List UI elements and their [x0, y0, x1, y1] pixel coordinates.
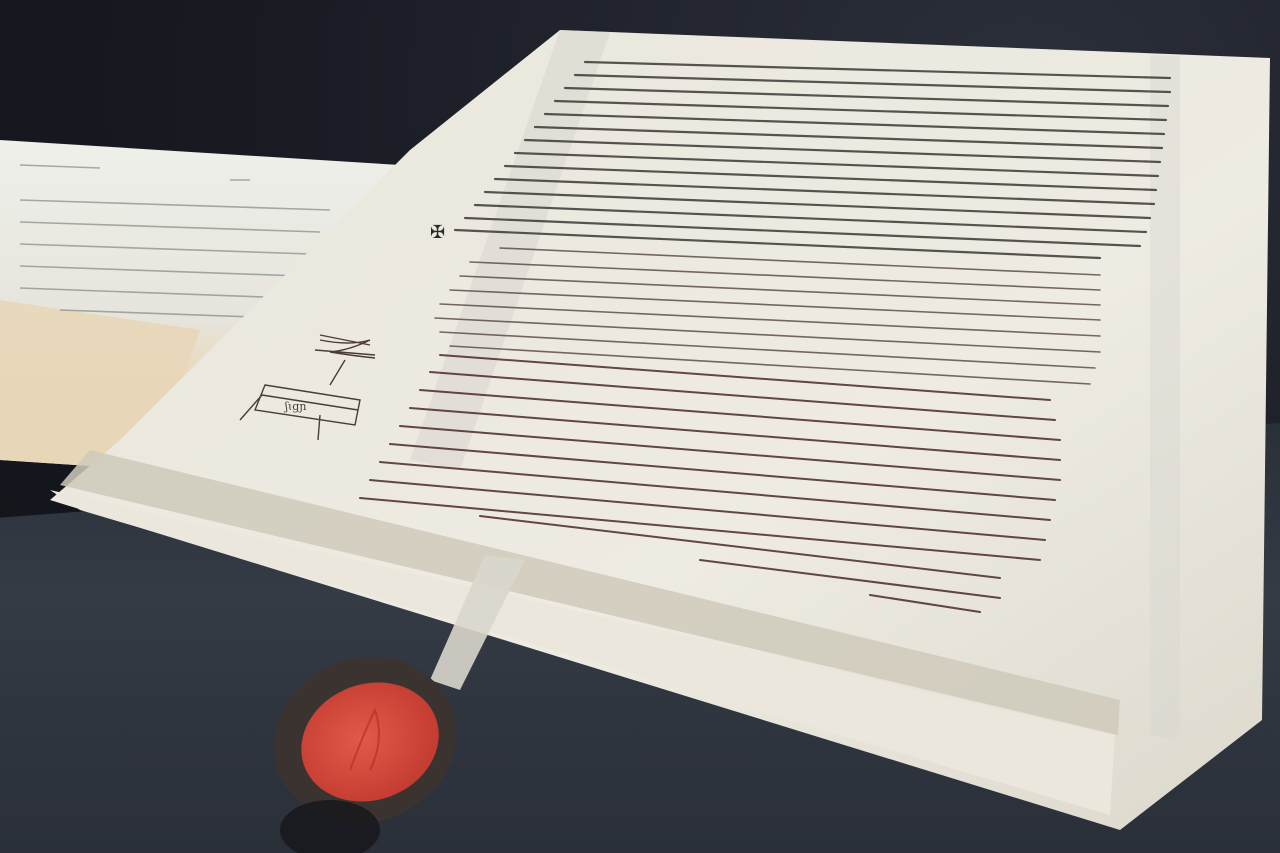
initial-mark: ✠ [430, 222, 445, 243]
svg-text:ʃɩgɲ: ʃɩgɲ [283, 400, 306, 413]
photo-scene: ✠ ʃɩgɲ [0, 0, 1280, 853]
main-charter: ✠ ʃɩgɲ [50, 30, 1270, 830]
artwork: ✠ ʃɩgɲ [0, 0, 1280, 853]
